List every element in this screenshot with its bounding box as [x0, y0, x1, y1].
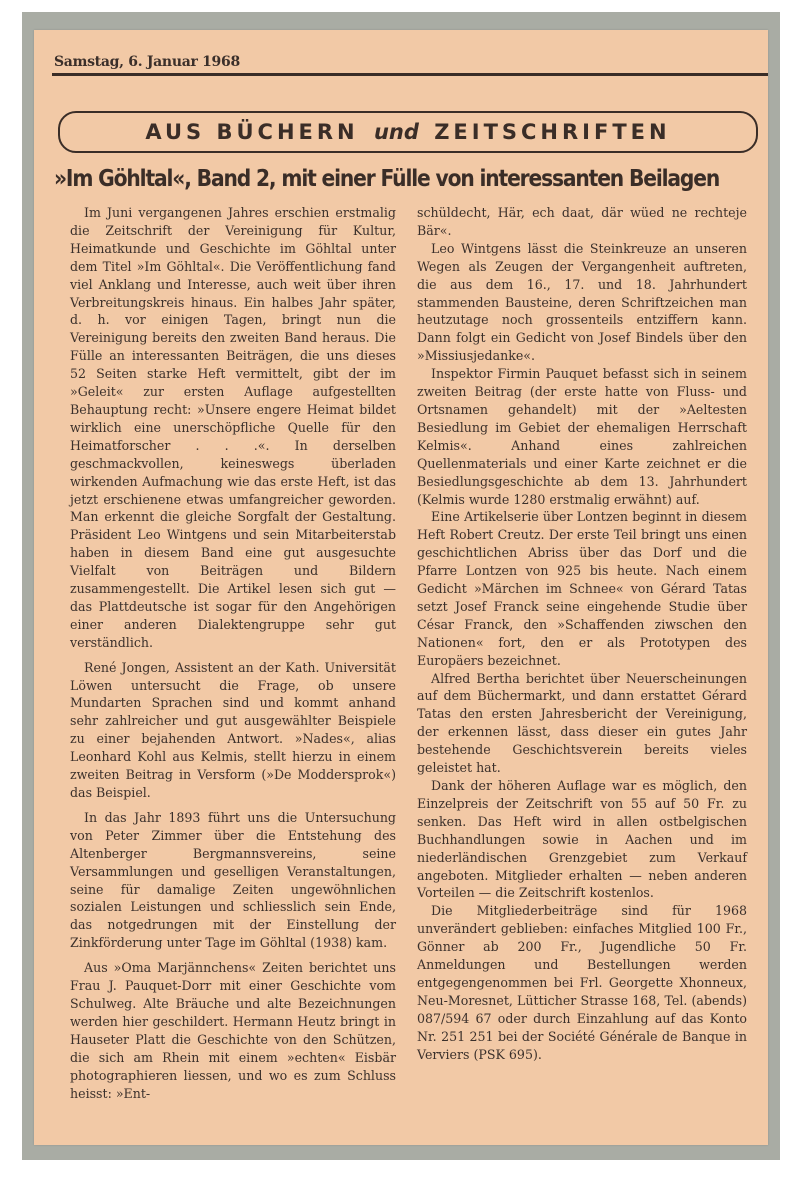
paragraph-continuation: schüldecht, Här, ech daat, där wüed ne r…: [417, 204, 747, 240]
paragraph: René Jongen, Assistent an der Kath. Univ…: [70, 659, 396, 802]
dateline: Samstag, 6. Januar 1968: [54, 54, 240, 70]
header-rule: [52, 73, 768, 76]
section-title-part1: AUS BÜCHERN: [145, 120, 358, 144]
paragraph: Dank der höheren Auflage war es möglich,…: [417, 777, 747, 902]
paragraph: Im Juni vergangenen Jahres erschien erst…: [70, 204, 396, 652]
section-banner: AUS BÜCHERN und ZEITSCHRIFTEN: [58, 111, 758, 153]
paragraph: Aus »Oma Marjännchens« Zeiten berichtet …: [70, 959, 396, 1102]
section-title: AUS BÜCHERN und ZEITSCHRIFTEN: [145, 120, 670, 144]
paragraph: Leo Wintgens lässt die Steinkreuze an un…: [417, 240, 747, 365]
newspaper-clipping: Samstag, 6. Januar 1968 AUS BÜCHERN und …: [34, 30, 768, 1145]
paragraph: Die Mitgliederbeiträge sind für 1968 unv…: [417, 902, 747, 1063]
paragraph: Alfred Bertha berichtet über Neuerschein…: [417, 670, 747, 777]
section-title-connector: und: [374, 120, 419, 144]
paragraph: Inspektor Firmin Pauquet befasst sich in…: [417, 365, 747, 508]
section-title-part2: ZEITSCHRIFTEN: [434, 120, 670, 144]
right-column: schüldecht, Här, ech daat, där wüed ne r…: [417, 204, 747, 1064]
article-headline: »Im Göhltal«, Band 2, mit einer Fülle vo…: [54, 166, 682, 192]
paragraph: Eine Artikelserie über Lontzen beginnt i…: [417, 508, 747, 669]
paragraph: In das Jahr 1893 führt uns die Untersuch…: [70, 809, 396, 952]
left-column: Im Juni vergangenen Jahres erschien erst…: [70, 204, 396, 1109]
